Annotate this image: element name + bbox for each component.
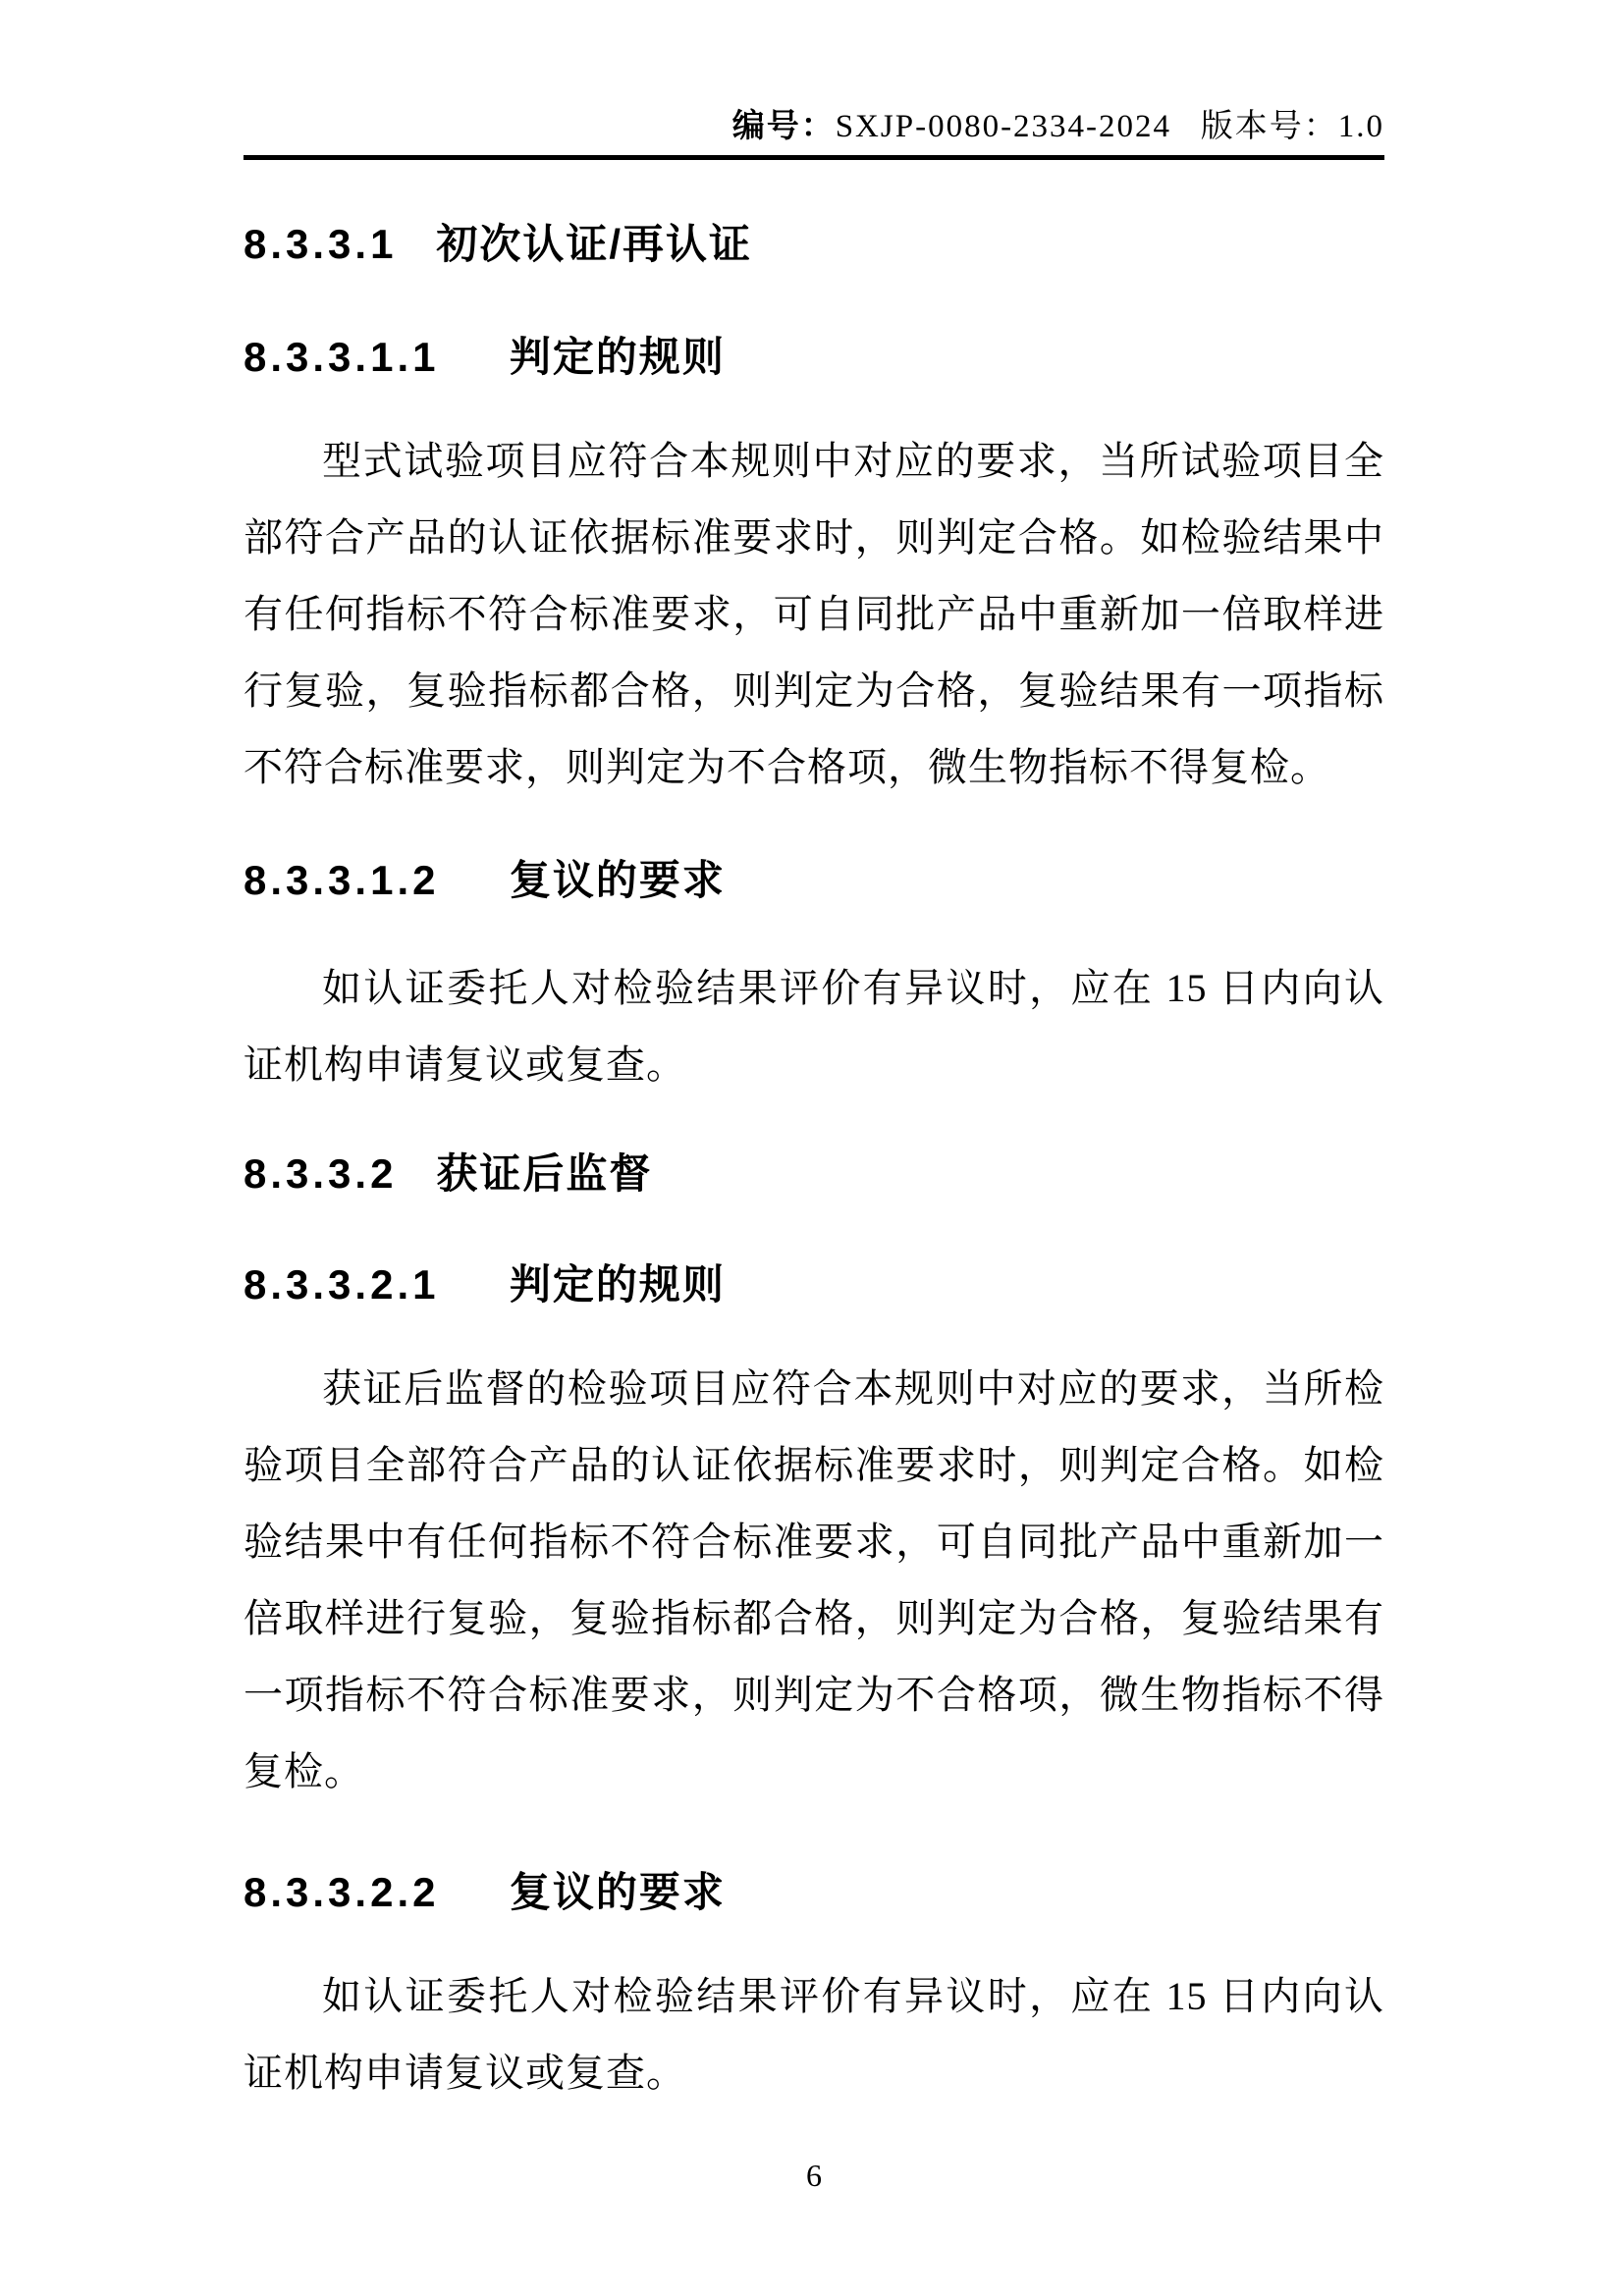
doc-code-label: 编号： <box>732 107 836 143</box>
heading-title: 初次认证/再认证 <box>436 221 752 267</box>
heading-number: 8.3.3.1.2 <box>244 857 439 903</box>
body-paragraph: 型式试验项目应符合本规则中对应的要求，当所试验项目全部符合产品的认证依据标准要求… <box>244 423 1384 806</box>
doc-code-value: SXJP-0080-2334-2024 <box>836 109 1171 144</box>
heading-8332: 8.3.3.2获证后监督 <box>244 1148 1384 1201</box>
heading-number: 8.3.3.1 <box>244 221 397 267</box>
heading-number: 8.3.3.2.1 <box>244 1261 439 1308</box>
body-paragraph: 如认证委托人对检验结果评价有异议时，应在 15 日内向认证机构申请复议或复查。 <box>244 950 1384 1103</box>
page-footer: 6 <box>244 2156 1384 2195</box>
heading-title: 判定的规则 <box>510 1261 726 1308</box>
heading-number: 8.3.3.2 <box>244 1150 397 1197</box>
heading-number: 8.3.3.2.2 <box>244 1869 439 1915</box>
body-paragraph: 如认证委托人对检验结果评价有异议时，应在 15 日内向认证机构申请复议或复查。 <box>244 1958 1384 2111</box>
header-divider-rule <box>244 155 1384 160</box>
heading-title: 复议的要求 <box>510 1869 726 1915</box>
heading-number: 8.3.3.1.1 <box>244 334 439 380</box>
heading-title: 判定的规则 <box>510 334 726 380</box>
heading-title: 获证后监督 <box>436 1150 652 1197</box>
page-header: 编号：SXJP-0080-2334-2024版本号：1.0 <box>244 104 1384 148</box>
heading-83322: 8.3.3.2.2复议的要求 <box>244 1866 1384 1919</box>
heading-8331: 8.3.3.1初次认证/再认证 <box>244 218 1384 271</box>
body-paragraph: 获证后监督的检验项目应符合本规则中对应的要求，当所检验项目全部符合产品的认证依据… <box>244 1351 1384 1810</box>
document-page: 编号：SXJP-0080-2334-2024版本号：1.0 8.3.3.1初次认… <box>0 0 1624 2296</box>
heading-83321: 8.3.3.2.1判定的规则 <box>244 1258 1384 1311</box>
page-number: 6 <box>806 2158 822 2193</box>
heading-title: 复议的要求 <box>510 857 726 903</box>
doc-version-text: 版本号：1.0 <box>1201 109 1384 144</box>
heading-83312: 8.3.3.1.2复议的要求 <box>244 854 1384 907</box>
heading-83311: 8.3.3.1.1判定的规则 <box>244 331 1384 384</box>
